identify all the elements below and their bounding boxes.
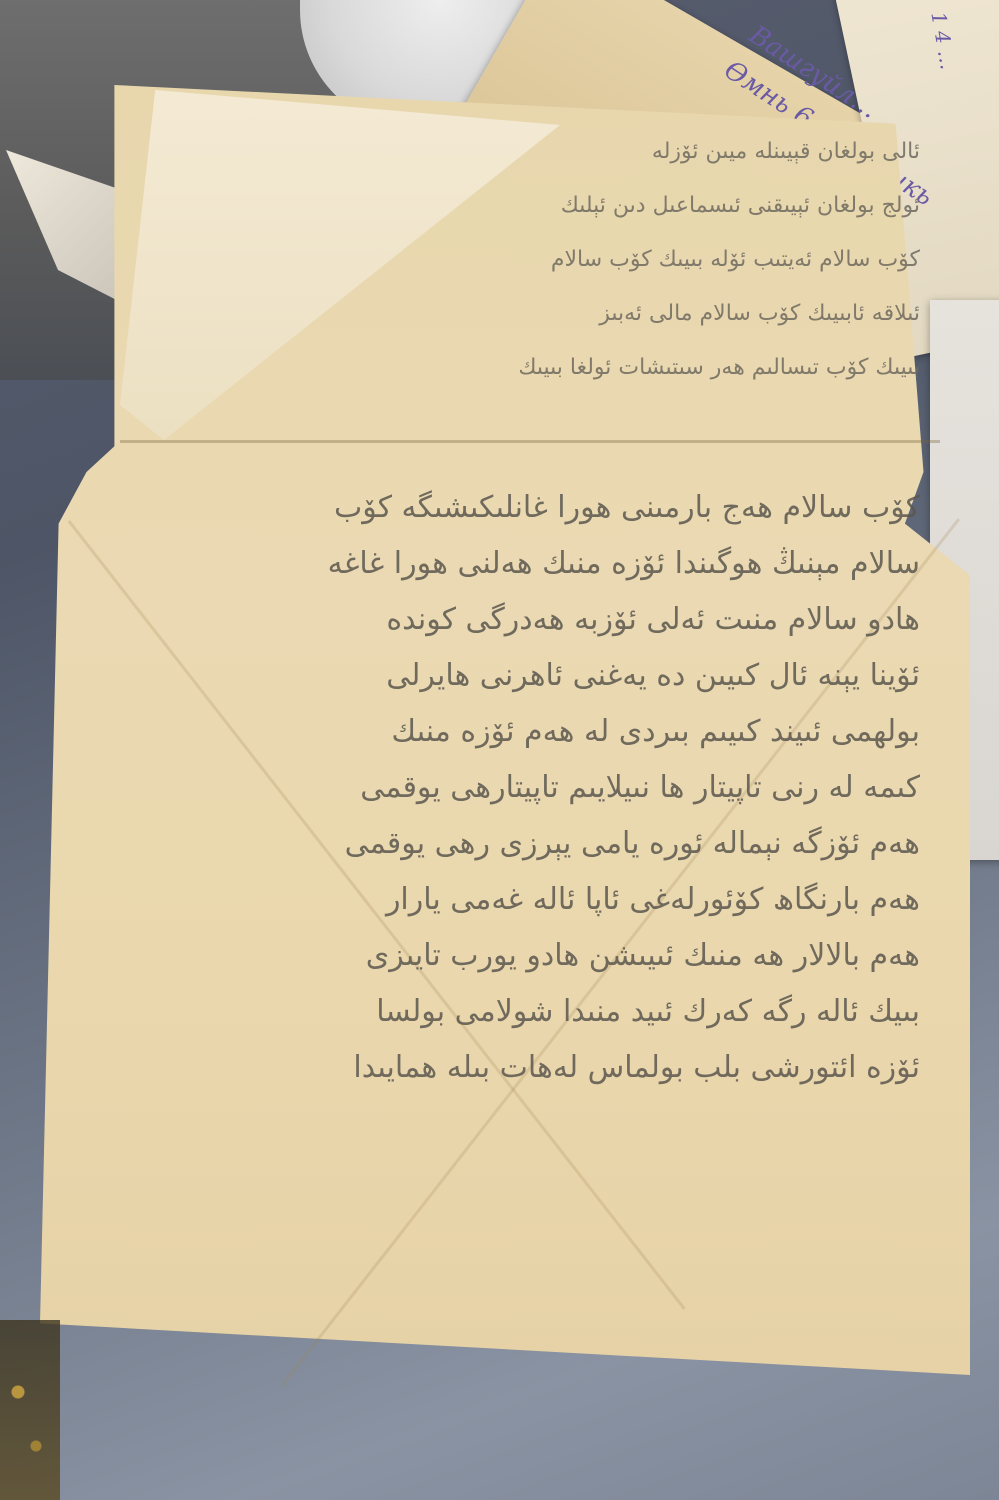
handwritten-line: ئولج بولغان ئېيىقنى ئىسماعىل دىن ئېلىك [120, 179, 920, 233]
handwritten-line: كۆب سالام ھەج بارمىنى ھورا غانلىكىشىگە ك… [120, 480, 920, 536]
photo-scene: Вашгуйл… Өмнь 6 алтарикь 1 4 … ئالى بولغ… [0, 0, 999, 1500]
handwritten-line: ئىلاقە ئابىيىك كۆب سالام مالى ئەبىز [120, 287, 920, 341]
handwritten-line: كۆب سالام ئەيتىب ئۆلە بىيىك كۆب سالام [120, 233, 920, 287]
handwritten-line: ئۆينا يېنە ئال كىيىن دە يەغنى ئاھرنى ھاي… [120, 648, 920, 704]
handwritten-line: ھادو سالام منىت ئەلى ئۆزبە ھەدرگى كوندە [120, 592, 920, 648]
handwritten-line: سالام مېنىڭ ھوگىندا ئۆزە منىك ھەلنى ھورا… [120, 536, 920, 592]
handwritten-line: بىيىك كۆب تىسالىم ھەر سىتىشات ئولغا بىيى… [120, 341, 920, 395]
handwritten-line: بولھمى ئىيند كىيىم بىردى لە ھەم ئۆزە منى… [120, 704, 920, 760]
fold-crease [120, 440, 940, 443]
handwritten-line: ئالى بولغان قېيىنلە ميىن ئۆزلە [120, 125, 920, 179]
letter-top-text: ئالى بولغان قېيىنلە ميىن ئۆزلە ئولج بولغ… [120, 125, 920, 395]
handwritten-line: ھەم ئۆزگە نېمالە ئورە يامى يېرزى رھى يوق… [120, 816, 920, 872]
handwritten-line: بىيك ئالە رگە كەرك ئىيد منىدا شولامى بول… [120, 984, 920, 1040]
letter-body-text: كۆب سالام ھەج بارمىنى ھورا غانلىكىشىگە ك… [120, 480, 920, 1096]
handwritten-line: ھەم بالالار ھە منىك ئىيىشن ھادو يورب تاي… [120, 928, 920, 984]
glitter-surface [0, 1320, 60, 1500]
handwritten-line: ئۆزە ائتورشى بلب بولماس لەھات بىلە ھمايى… [120, 1040, 920, 1096]
handwritten-line: ھەم بارنگاھ كۆئورلەغى ئاپا ئالە غەمى يار… [120, 872, 920, 928]
handwritten-line: كىمە لە رنى تاپيتار ھا نىيلايىم تاپيتارھ… [120, 760, 920, 816]
